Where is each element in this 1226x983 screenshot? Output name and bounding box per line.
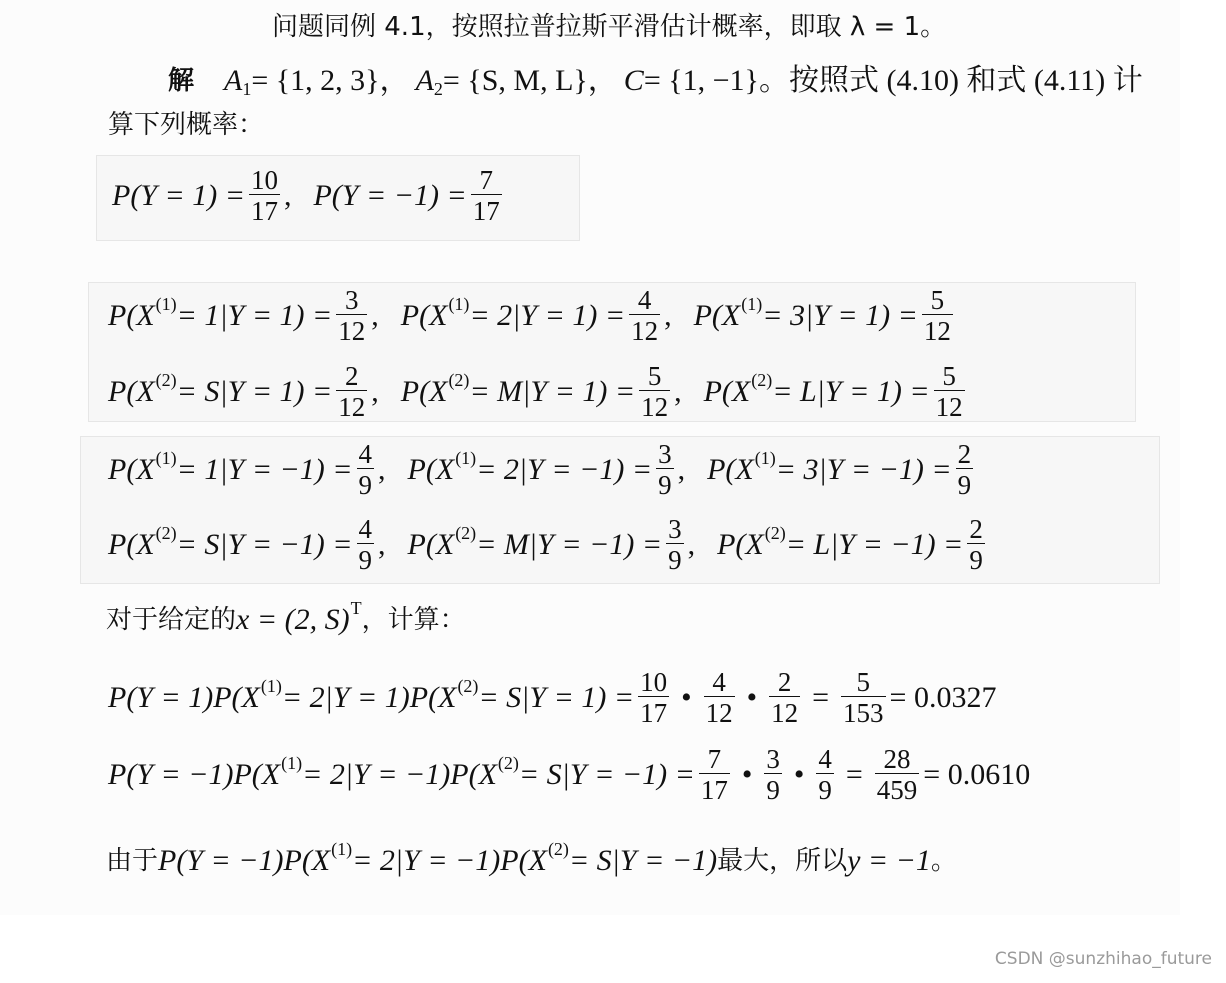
term-post: = 3|Y = −1) = xyxy=(776,455,952,485)
term-post: = 3|Y = 1) = xyxy=(762,301,918,331)
given-x: x = (2, S) xyxy=(236,605,350,635)
numerator: 5 xyxy=(855,668,873,696)
term-pre: P(X xyxy=(108,530,155,560)
fraction: 1017 xyxy=(638,668,669,728)
denominator: 12 xyxy=(639,390,670,421)
denominator: 12 xyxy=(336,314,367,345)
fraction: 412 xyxy=(704,668,735,728)
a2-value: = {S, M, L}， xyxy=(443,66,618,96)
term-post: = 2|Y = 1) = xyxy=(469,301,625,331)
term-pre: P(X xyxy=(707,455,754,485)
superscript: (2) xyxy=(448,371,469,389)
term-post: = M|Y = −1) = xyxy=(476,530,662,560)
term-post: = 1|Y = −1) = xyxy=(177,455,353,485)
separator: , xyxy=(284,181,292,211)
decimal-result: = 0.0610 xyxy=(923,760,1030,790)
denominator: 9 xyxy=(357,543,375,574)
term-pre: P(X xyxy=(704,377,751,407)
denominator: 9 xyxy=(666,543,684,574)
superscript: (1) xyxy=(331,840,352,858)
separator: , xyxy=(378,455,386,485)
superscript: (1) xyxy=(281,754,302,772)
term-post: = M|Y = 1) = xyxy=(469,377,635,407)
superscript: (2) xyxy=(156,371,177,389)
term-post: = S|Y = 1) = xyxy=(177,377,333,407)
superscript: (2) xyxy=(548,840,569,858)
cond-y1-row2: P(X(2) = S|Y = 1) = 212, P(X(2) = M|Y = … xyxy=(108,362,969,422)
denominator: 9 xyxy=(967,543,985,574)
cond-yneg1-row1: P(X(1) = 1|Y = −1) = 49, P(X(1) = 2|Y = … xyxy=(108,440,977,500)
fraction: 29 xyxy=(967,515,985,575)
term-post: = S|Y = −1) = xyxy=(177,530,353,560)
numerator: 5 xyxy=(940,362,958,390)
fraction: 412 xyxy=(629,286,660,346)
denominator: 12 xyxy=(704,696,735,727)
conclusion-mid: 最大，所以 xyxy=(717,848,847,874)
numerator: 7 xyxy=(477,166,495,194)
numerator: 4 xyxy=(357,515,375,543)
term-post: = L|Y = −1) = xyxy=(786,530,964,560)
numerator: 5 xyxy=(646,362,664,390)
superscript: (2) xyxy=(751,371,772,389)
superscript: (1) xyxy=(448,295,469,313)
denominator: 153 xyxy=(841,696,886,727)
numerator: 3 xyxy=(656,440,674,468)
term-b: = 2|Y = 1)P(X xyxy=(282,683,457,713)
conclusion-prefix: 由于 xyxy=(106,848,158,874)
separator: , xyxy=(378,530,386,560)
result-fraction: 28459 xyxy=(875,745,920,805)
fraction: 49 xyxy=(357,515,375,575)
priors-line: P(Y = 1) = 1017, P(Y = −1) = 717 xyxy=(112,166,506,226)
problem-text: 问题同例 4.1，按照拉普拉斯平滑估计概率，即取 λ = 1。 xyxy=(272,14,946,40)
fraction: 49 xyxy=(816,745,834,805)
numerator: 5 xyxy=(929,286,947,314)
separator: , xyxy=(371,301,379,331)
fraction: 29 xyxy=(956,440,974,500)
solution-label: 解 xyxy=(168,68,194,94)
term-post: = L|Y = 1) = xyxy=(772,377,929,407)
denominator: 12 xyxy=(629,314,660,345)
fraction: 49 xyxy=(357,440,375,500)
numerator: 3 xyxy=(666,515,684,543)
prior-pos-fraction: 1017 xyxy=(249,166,280,226)
superscript: (2) xyxy=(457,677,478,695)
superscript: (2) xyxy=(765,524,786,542)
separator: , xyxy=(678,455,686,485)
denominator: 12 xyxy=(769,696,800,727)
term-pre: P(X xyxy=(408,530,455,560)
fraction: 312 xyxy=(336,286,367,346)
denominator: 12 xyxy=(934,390,965,421)
fraction: 212 xyxy=(769,668,800,728)
numerator: 4 xyxy=(710,668,728,696)
transpose-superscript: T xyxy=(351,599,362,617)
given-text: 对于给定的 xyxy=(106,607,236,633)
separator: , xyxy=(688,530,696,560)
given-line: 对于给定的 x = (2, S)T ，计算： xyxy=(106,605,466,635)
term-pre: P(X xyxy=(401,301,448,331)
superscript: (1) xyxy=(455,449,476,467)
numerator: 3 xyxy=(764,745,782,773)
term-post: = 2|Y = −1) = xyxy=(476,455,652,485)
superscript: (2) xyxy=(498,754,519,772)
separator: , xyxy=(371,377,379,407)
term-a: P(Y = −1)P(X xyxy=(158,846,330,876)
decimal-result: = 0.0327 xyxy=(890,683,997,713)
term-pre: P(X xyxy=(108,455,155,485)
term-a: P(Y = −1)P(X xyxy=(108,760,280,790)
superscript: (2) xyxy=(156,524,177,542)
superscript: (1) xyxy=(755,449,776,467)
cond-yneg1-row2: P(X(2) = S|Y = −1) = 49, P(X(2) = M|Y = … xyxy=(108,515,989,575)
superscript: (1) xyxy=(156,295,177,313)
denominator: 9 xyxy=(816,773,834,804)
prior-neg-lhs: P(Y = −1) = xyxy=(313,181,466,211)
numerator: 2 xyxy=(343,362,361,390)
fraction: 717 xyxy=(699,745,730,805)
prior-pos-lhs: P(Y = 1) = xyxy=(112,181,245,211)
term-pre: P(X xyxy=(401,377,448,407)
fraction: 39 xyxy=(666,515,684,575)
fraction: 39 xyxy=(764,745,782,805)
c-symbol: C xyxy=(624,66,644,96)
numerator: 10 xyxy=(638,668,669,696)
computation-pos: P(Y = 1)P(X(1) = 2|Y = 1)P(X(2) = S|Y = … xyxy=(108,668,996,728)
denominator: 9 xyxy=(357,468,375,499)
cond-y1-row1: P(X(1) = 1|Y = 1) = 312, P(X(1) = 2|Y = … xyxy=(108,286,957,346)
instruction-text: 算下列概率： xyxy=(108,112,264,138)
term-c: = S|Y = −1) xyxy=(569,846,717,876)
superscript: (1) xyxy=(261,677,282,695)
term-pre: P(X xyxy=(108,377,155,407)
conclusion-y: y = −1 xyxy=(847,846,931,876)
term-b: = 2|Y = −1)P(X xyxy=(302,760,497,790)
separator: , xyxy=(664,301,672,331)
denominator: 9 xyxy=(956,468,974,499)
denominator: 17 xyxy=(638,696,669,727)
term-post: = 1|Y = 1) = xyxy=(177,301,333,331)
denominator: 17 xyxy=(699,773,730,804)
numerator: 28 xyxy=(882,745,913,773)
set-a1: A1 = {1, 2, 3}， xyxy=(224,66,410,96)
denominator: 17 xyxy=(249,194,280,225)
separator: , xyxy=(674,377,682,407)
a1-value: = {1, 2, 3}， xyxy=(251,66,409,96)
numerator: 3 xyxy=(343,286,361,314)
numerator: 2 xyxy=(776,668,794,696)
fraction: 512 xyxy=(934,362,965,422)
denominator: 12 xyxy=(336,390,367,421)
c-value: = {1, −1}。按照式 (4.10) 和式 (4.11) 计 xyxy=(644,66,1143,96)
superscript: (1) xyxy=(156,449,177,467)
numerator: 10 xyxy=(249,166,280,194)
fraction: 39 xyxy=(656,440,674,500)
problem-statement: 问题同例 4.1，按照拉普拉斯平滑估计概率，即取 λ = 1。 xyxy=(272,14,946,40)
term-c: = S|Y = 1) = xyxy=(478,683,634,713)
denominator: 459 xyxy=(875,773,920,804)
denominator: 17 xyxy=(471,194,502,225)
conclusion-line: 由于 P(Y = −1)P(X(1) = 2|Y = −1)P(X(2) = S… xyxy=(106,846,957,876)
numerator: 7 xyxy=(706,745,724,773)
conclusion-end: 。 xyxy=(931,848,957,874)
prior-neg-fraction: 717 xyxy=(471,166,502,226)
term-pre: P(X xyxy=(108,301,155,331)
solution-line: 解 A1 = {1, 2, 3}， A2 = {S, M, L}， C = {1… xyxy=(168,66,1143,96)
term-pre: P(X xyxy=(408,455,455,485)
numerator: 4 xyxy=(816,745,834,773)
result-fraction: 5153 xyxy=(841,668,886,728)
numerator: 4 xyxy=(636,286,654,314)
set-c: C = {1, −1}。按照式 (4.10) 和式 (4.11) 计 xyxy=(624,66,1143,96)
term-c: = S|Y = −1) = xyxy=(519,760,695,790)
denominator: 12 xyxy=(922,314,953,345)
a2-subscript: 2 xyxy=(434,80,443,98)
denominator: 9 xyxy=(656,468,674,499)
solution-instruction-cont: 算下列概率： xyxy=(108,112,264,138)
superscript: (2) xyxy=(455,524,476,542)
set-a2: A2 = {S, M, L}， xyxy=(416,66,618,96)
a1-subscript: 1 xyxy=(242,80,251,98)
fraction: 212 xyxy=(336,362,367,422)
term-pre: P(X xyxy=(694,301,741,331)
given-text-end: ，计算： xyxy=(362,607,466,633)
term-a: P(Y = 1)P(X xyxy=(108,683,260,713)
fraction: 512 xyxy=(639,362,670,422)
computation-neg: P(Y = −1)P(X(1) = 2|Y = −1)P(X(2) = S|Y … xyxy=(108,745,1030,805)
denominator: 9 xyxy=(764,773,782,804)
superscript: (1) xyxy=(741,295,762,313)
a1-symbol: A xyxy=(224,66,242,96)
watermark: CSDN @sunzhihao_future xyxy=(995,949,1212,969)
numerator: 2 xyxy=(956,440,974,468)
numerator: 4 xyxy=(357,440,375,468)
numerator: 2 xyxy=(967,515,985,543)
fraction: 512 xyxy=(922,286,953,346)
term-b: = 2|Y = −1)P(X xyxy=(352,846,547,876)
term-pre: P(X xyxy=(717,530,764,560)
a2-symbol: A xyxy=(416,66,434,96)
